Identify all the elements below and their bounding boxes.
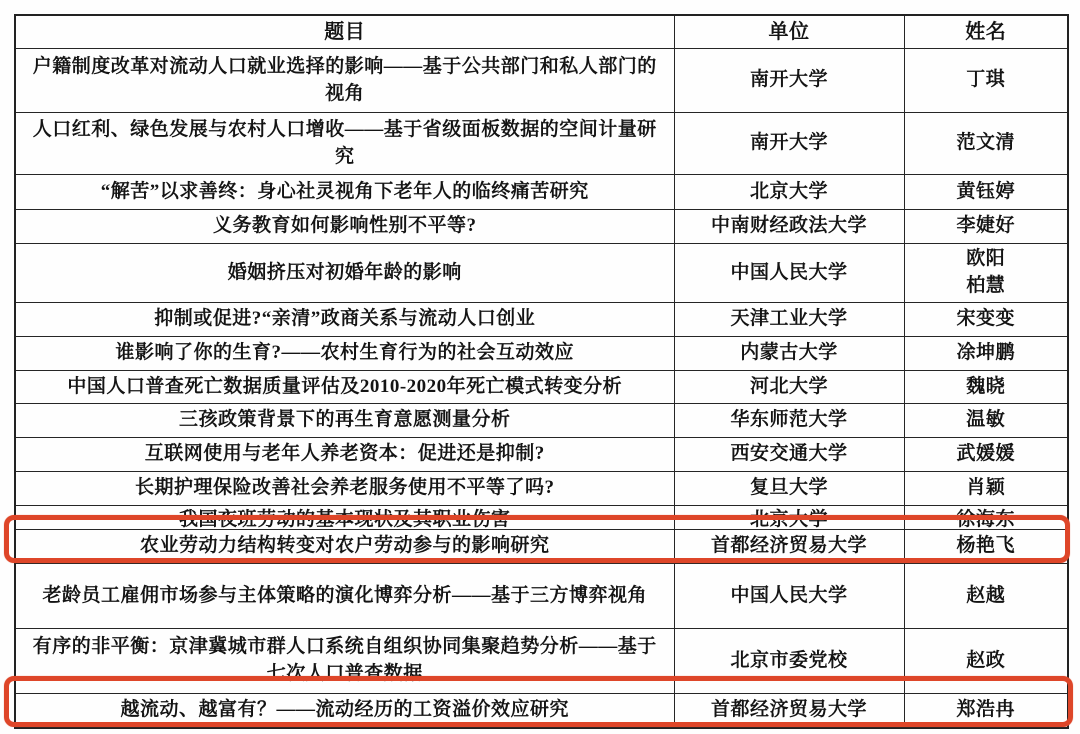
table-row: 人口红利、绿色发展与农村人口增收——基于省级面板数据的空间计量研究 南开大学 范…: [15, 113, 1068, 175]
table-row: 义务教育如何影响性别不平等? 中南财经政法大学 李婕好: [15, 210, 1068, 244]
title-cell: 人口红利、绿色发展与农村人口增收——基于省级面板数据的空间计量研究: [15, 113, 674, 175]
name-cell: 李婕好: [904, 210, 1068, 244]
table-row: 老龄员工雇佣市场参与主体策略的演化博弈分析——基于三方博弈视角 中国人民大学 赵…: [15, 564, 1068, 629]
name-cell: 郑浩冉: [904, 694, 1068, 728]
table-header-row: 题目 单位 姓名: [15, 15, 1068, 49]
org-cell: 中国人民大学: [674, 244, 904, 303]
table-row-clipped: 我国夜班劳动的基本现状及其职业伤害 北京大学 徐海东: [15, 506, 1068, 530]
table-row-highlighted: 越流动、越富有？——流动经历的工资溢价效应研究 首都经济贸易大学 郑浩冉: [15, 694, 1068, 728]
name-cell: 范文清: [904, 113, 1068, 175]
table-row: 中国人口普查死亡数据质量评估及2010-2020年死亡模式转变分析 河北大学 魏…: [15, 371, 1068, 404]
table-row: 三孩政策背景下的再生育意愿测量分析 华东师范大学 温敏: [15, 404, 1068, 438]
org-cell: 复旦大学: [674, 472, 904, 506]
title-cell: “解苦”以求善终：身心社灵视角下老年人的临终痛苦研究: [15, 175, 674, 210]
name-cell: 温敏: [904, 404, 1068, 438]
title-cell: 户籍制度改革对流动人口就业选择的影响——基于公共部门和私人部门的视角: [15, 49, 674, 113]
table-row-highlighted: 农业劳动力结构转变对农户劳动参与的影响研究 首都经济贸易大学 杨艳飞: [15, 530, 1068, 564]
org-cell: 内蒙古大学: [674, 337, 904, 371]
name-cell: 肖颖: [904, 472, 1068, 506]
org-cell: 首都经济贸易大学: [674, 530, 904, 564]
papers-table: 题目 单位 姓名 户籍制度改革对流动人口就业选择的影响——基于公共部门和私人部门…: [14, 14, 1069, 729]
title-cell: 互联网使用与老年人养老资本：促进还是抑制?: [15, 438, 674, 472]
title-cell: 中国人口普查死亡数据质量评估及2010-2020年死亡模式转变分析: [15, 371, 674, 404]
org-cell: 北京大学: [674, 175, 904, 210]
title-cell: 义务教育如何影响性别不平等?: [15, 210, 674, 244]
org-cell: 首都经济贸易大学: [674, 694, 904, 728]
col-header-org: 单位: [674, 15, 904, 49]
name-cell: 黄钰婷: [904, 175, 1068, 210]
org-cell: 天津工业大学: [674, 303, 904, 337]
col-header-title: 题目: [15, 15, 674, 49]
org-cell: 西安交通大学: [674, 438, 904, 472]
table-row: 互联网使用与老年人养老资本：促进还是抑制? 西安交通大学 武媛媛: [15, 438, 1068, 472]
title-cell: 越流动、越富有？——流动经历的工资溢价效应研究: [15, 694, 674, 728]
name-cell: 宋变变: [904, 303, 1068, 337]
table-row: 长期护理保险改善社会养老服务使用不平等了吗? 复旦大学 肖颖: [15, 472, 1068, 506]
title-cell: 谁影响了你的生育?——农村生育行为的社会互动效应: [15, 337, 674, 371]
name-cell: 赵越: [904, 564, 1068, 629]
name-cell: 魏晓: [904, 371, 1068, 404]
org-cell: 中国人民大学: [674, 564, 904, 629]
org-cell: 南开大学: [674, 113, 904, 175]
table-row: 户籍制度改革对流动人口就业选择的影响——基于公共部门和私人部门的视角 南开大学 …: [15, 49, 1068, 113]
org-cell: 中南财经政法大学: [674, 210, 904, 244]
title-cell: 婚姻挤压对初婚年龄的影响: [15, 244, 674, 303]
name-cell: 凃坤鹏: [904, 337, 1068, 371]
title-cell: 长期护理保险改善社会养老服务使用不平等了吗?: [15, 472, 674, 506]
title-cell: 三孩政策背景下的再生育意愿测量分析: [15, 404, 674, 438]
org-cell: 北京市委党校: [674, 629, 904, 694]
document-page: 题目 单位 姓名 户籍制度改革对流动人口就业选择的影响——基于公共部门和私人部门…: [0, 0, 1080, 734]
table-row: 有序的非平衡：京津冀城市群人口系统自组织协同集聚趋势分析——基于七次人口普查数据…: [15, 629, 1068, 694]
name-cell: 杨艳飞: [904, 530, 1068, 564]
name-cell: 欧阳 柏慧: [904, 244, 1068, 303]
table-row: “解苦”以求善终：身心社灵视角下老年人的临终痛苦研究 北京大学 黄钰婷: [15, 175, 1068, 210]
name-cell: 武媛媛: [904, 438, 1068, 472]
title-cell: 我国夜班劳动的基本现状及其职业伤害: [15, 506, 674, 530]
org-cell: 华东师范大学: [674, 404, 904, 438]
col-header-name: 姓名: [904, 15, 1068, 49]
table-row: 谁影响了你的生育?——农村生育行为的社会互动效应 内蒙古大学 凃坤鹏: [15, 337, 1068, 371]
title-cell: 老龄员工雇佣市场参与主体策略的演化博弈分析——基于三方博弈视角: [15, 564, 674, 629]
title-cell: 有序的非平衡：京津冀城市群人口系统自组织协同集聚趋势分析——基于七次人口普查数据: [15, 629, 674, 694]
org-cell: 河北大学: [674, 371, 904, 404]
title-cell: 抑制或促进?“亲清”政商关系与流动人口创业: [15, 303, 674, 337]
org-cell: 北京大学: [674, 506, 904, 530]
name-cell: 徐海东: [904, 506, 1068, 530]
title-cell: 农业劳动力结构转变对农户劳动参与的影响研究: [15, 530, 674, 564]
table-row: 婚姻挤压对初婚年龄的影响 中国人民大学 欧阳 柏慧: [15, 244, 1068, 303]
table-row: 抑制或促进?“亲清”政商关系与流动人口创业 天津工业大学 宋变变: [15, 303, 1068, 337]
name-cell: 赵政: [904, 629, 1068, 694]
org-cell: 南开大学: [674, 49, 904, 113]
name-cell: 丁琪: [904, 49, 1068, 113]
